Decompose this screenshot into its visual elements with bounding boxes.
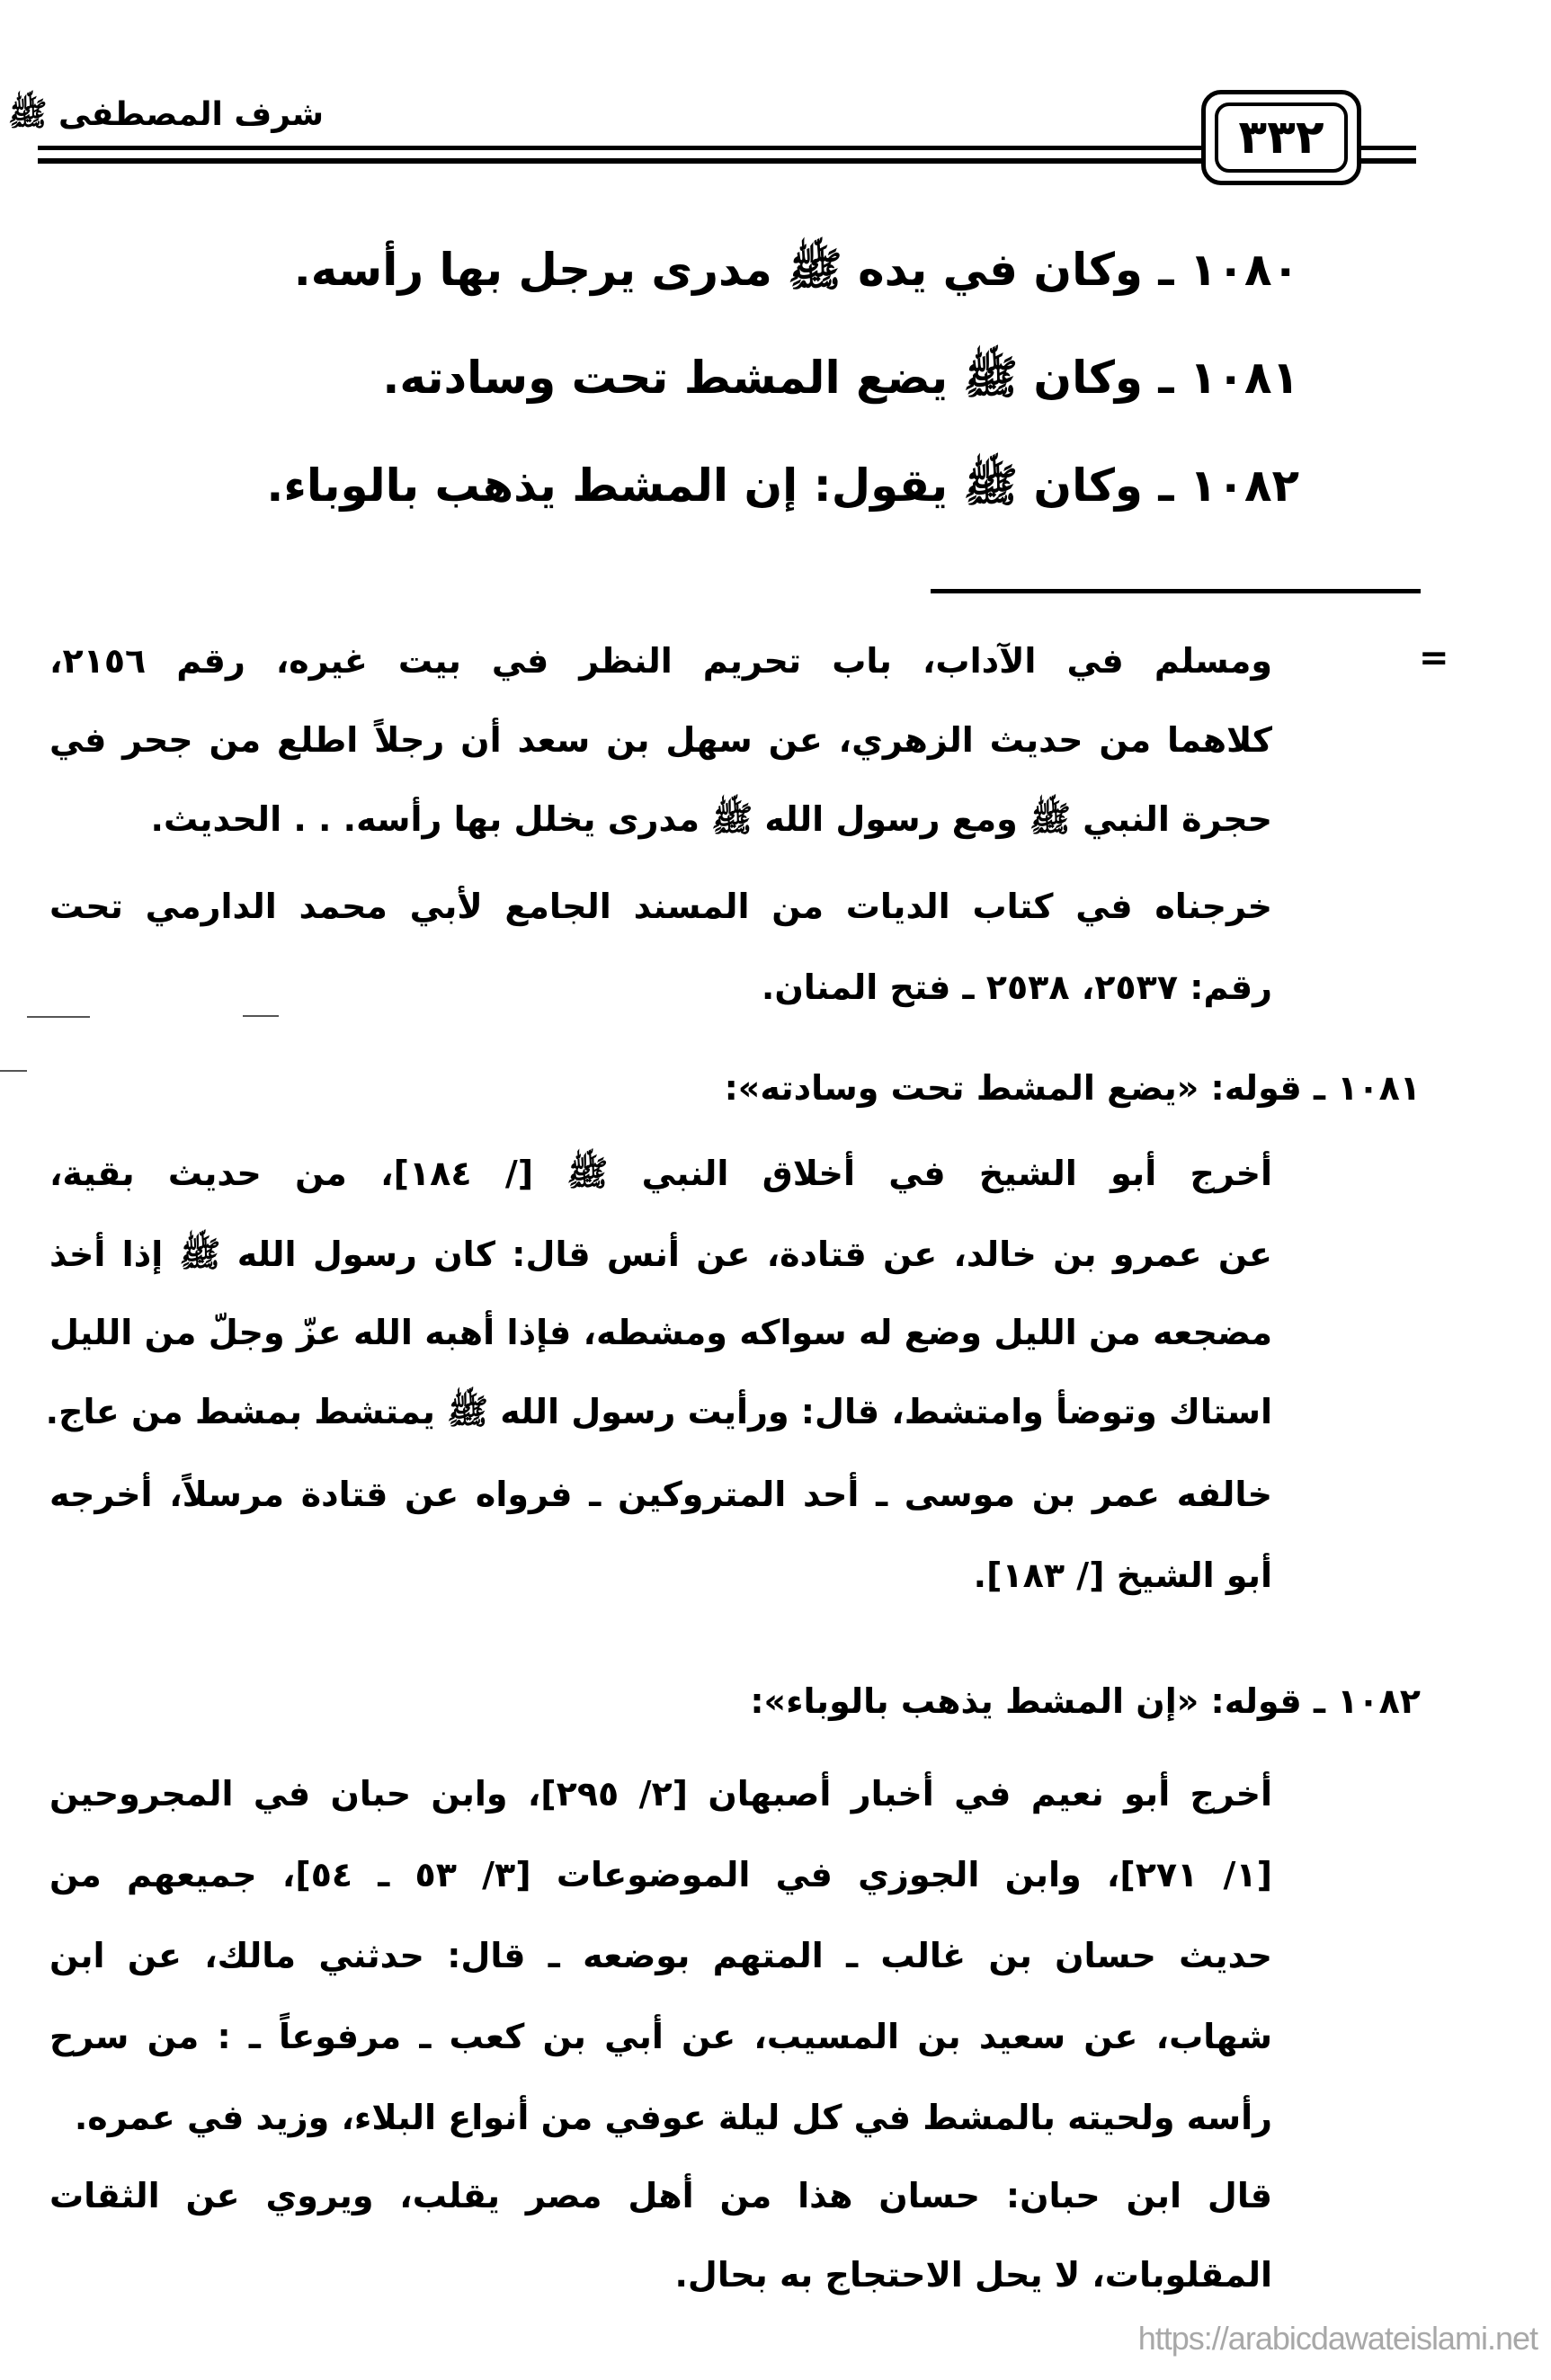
scan-artifact: [243, 1015, 279, 1017]
book-page: شرف المصطفى ﷺ ٣٣٢ ١٠٨٠ ـ وكان في يده ﷺ م…: [0, 0, 1551, 2380]
footnote-carryover-line: ومسلم في الآداب، باب تحريم النظر في بيت …: [49, 625, 1272, 697]
footnote-1081-line: أبو الشيخ [/ ١٨٣].: [49, 1539, 1272, 1611]
footnote-1082-line: قال ابن حبان: حسان هذا من أهل مصر يقلب، …: [49, 2160, 1272, 2232]
footnote-1082-line: شهاب، عن سعيد بن المسيب، عن أبي بن كعب ـ…: [49, 2001, 1272, 2072]
footnote-1082-line: أخرج أبو نعيم في أخبار أصبهان [٢/ ٢٩٥]، …: [49, 1758, 1272, 1830]
footnote-continuation-mark: =: [1419, 640, 1449, 676]
header-rule-right-top: [1358, 146, 1416, 150]
website-watermark: https://arabicdawateislami.net: [1034, 2320, 1538, 2358]
header-rule-bottom: [38, 158, 1207, 164]
main-text-line-1081: ١٠٨١ ـ وكان ﷺ يضع المشط تحت وسادته.: [382, 337, 1299, 418]
footnote-1082-line: [١/ ٢٧١]، وابن الجوزي في الموضوعات [٣/ ٥…: [49, 1839, 1272, 1911]
header-rule-top: [38, 146, 1207, 150]
main-text-line-1080: ١٠٨٠ ـ وكان في يده ﷺ مدرى يرجل بها رأسه.: [294, 229, 1299, 310]
footnote-1082-line: المقلوبات، لا يحل الاحتجاج به بحال.: [49, 2239, 1272, 2311]
footnote-carryover-line: رقم: ٢٥٣٧، ٢٥٣٨ ـ فتح المنان.: [49, 951, 1272, 1023]
scan-artifact: [27, 1016, 90, 1018]
main-text-line-1082: ١٠٨٢ ـ وكان ﷺ يقول: إن المشط يذهب بالوبا…: [266, 445, 1299, 526]
scan-artifact: [0, 1070, 27, 1072]
running-header-title: شرف المصطفى ﷺ: [36, 90, 324, 140]
page-number-frame: ٣٣٢: [1201, 90, 1361, 185]
footnote-1081-line: استاك وتوضأ وامتشط، قال: ورأيت رسول الله…: [49, 1376, 1272, 1448]
footnote-1082-line: رأسه ولحيته بالمشط في كل ليلة عوفي من أن…: [49, 2081, 1272, 2153]
footnote-carryover-line: كلاهما من حديث الزهري، عن سهل بن سعد أن …: [49, 704, 1272, 776]
footnote-1081-line: خالفه عمر بن موسى ـ أحد المتروكين ـ فروا…: [49, 1458, 1272, 1530]
footnote-carryover-line: خرجناه في كتاب الديات من المسند الجامع ل…: [49, 870, 1272, 942]
footnote-1082-heading: ١٠٨٢ ـ قوله: «إن المشط يذهب بالوباء»:: [750, 1665, 1421, 1737]
footnote-separator: [931, 589, 1421, 593]
header-rule-right-bottom: [1358, 158, 1416, 164]
footnote-carryover-line: حجرة النبي ﷺ ومع رسول الله ﷺ مدرى يخلل ب…: [49, 783, 1272, 855]
footnote-1081-line: عن عمرو بن خالد، عن قتادة، عن أنس قال: ك…: [49, 1218, 1272, 1290]
footnote-1081-line: مضجعه من الليل وضع له سواكه ومشطه، فإذا …: [49, 1297, 1272, 1368]
footnote-1081-heading: ١٠٨١ ـ قوله: «يضع المشط تحت وسادته»:: [725, 1052, 1421, 1124]
page-number: ٣٣٢: [1215, 103, 1348, 173]
footnote-1081-line: أخرج أبو الشيخ في أخلاق النبي ﷺ [/ ١٨٤]،…: [49, 1137, 1272, 1209]
footnote-1082-line: حديث حسان بن غالب ـ المتهم بوضعه ـ قال: …: [49, 1920, 1272, 1992]
